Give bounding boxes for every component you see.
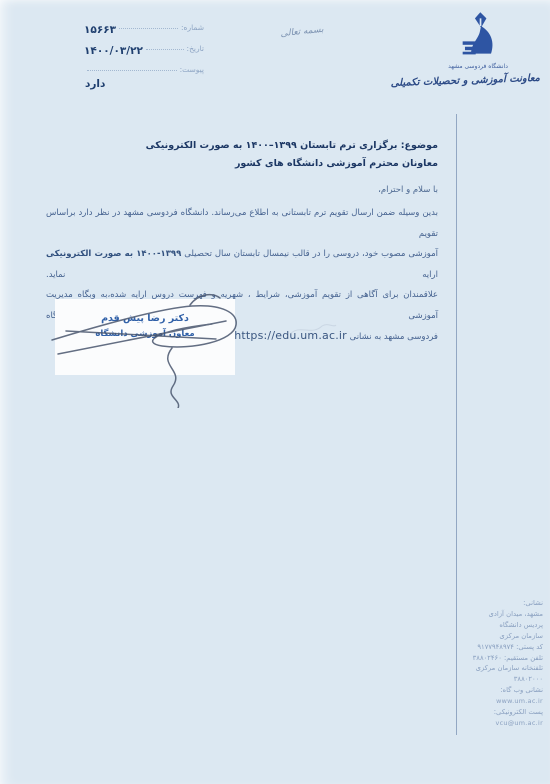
dotted-leader [87, 70, 177, 71]
body-line-2-text: آموزشی مصوب خود، دروسی را در قالب نیمسال… [184, 249, 438, 259]
ref-number-label: شماره: [181, 23, 204, 34]
signature-box: دکتر رضا پیش قدم معاون آموزشی دانشگاه [55, 299, 235, 375]
edu-portal-url: https://edu.um.ac.ir [234, 329, 347, 342]
body-line-2-emphasis: ۱۳۹۹-۱۴۰۰ به صورت الکترونیکی [46, 249, 181, 259]
ref-date-label: تاریخ: [187, 44, 204, 55]
contact-org: سازمان مرکزی [393, 631, 543, 642]
ref-attachment-label: پیوست: [180, 65, 204, 76]
dotted-leader [119, 28, 178, 29]
contact-email-label: پست الکترونیکی: [393, 707, 543, 718]
ref-date-value: ۱۴۰۰/۰۳/۲۲ [84, 45, 143, 57]
signatory-title: معاون آموزشی دانشگاه [55, 329, 235, 339]
subject-line: موضوع: برگزاری ترم تابستان ۱۳۹۹–۱۴۰۰ به … [56, 137, 438, 155]
body-line-2-end: ارایه نماید. [46, 270, 438, 280]
bismillah-calligraphy: بسمه تعالی [252, 22, 352, 42]
reference-block: شماره: ۱۵۶۶۳ تاریخ: ۱۴۰۰/۰۳/۲۲ پیوست: [84, 13, 204, 76]
contact-phone-direct: تلفن مستقیم: ۳۸۸۰۲۴۶۰ [393, 653, 543, 664]
university-logo-icon [416, 10, 540, 62]
ref-row-date: تاریخ: ۱۴۰۰/۰۳/۲۲ [84, 34, 204, 55]
body-line-2: آموزشی مصوب خود، دروسی را در قالب نیمسال… [46, 244, 438, 285]
contact-email-address: vcu@um.ac.ir [393, 718, 543, 729]
scanned-letter-page: شماره: ۱۵۶۶۳ تاریخ: ۱۴۰۰/۰۳/۲۲ پیوست: دا… [0, 0, 550, 784]
contact-website-label: نشانی وب گاه: [393, 685, 543, 696]
contact-postal-code: کد پستی: ۹۱۷۷۹۴۸۹۷۴ [393, 642, 543, 653]
body-line-4-text: فردوسی مشهد به نشانی [350, 332, 438, 342]
contact-block: نشانی: مشهد، میدان آزادی پردیس دانشگاه س… [393, 598, 543, 729]
contact-website-url: www.um.ac.ir [393, 696, 543, 707]
body-line-1: بدین وسیله ضمن ارسال تقویم ترم تابستانی … [46, 203, 438, 244]
salutation: با سلام و احترام، [378, 185, 438, 195]
contact-address-label: نشانی: [393, 598, 543, 609]
subject-block: موضوع: برگزاری ترم تابستان ۱۳۹۹–۱۴۰۰ به … [56, 137, 438, 173]
attachment-status: دارد [85, 78, 105, 90]
ref-row-attachment: پیوست: [84, 55, 204, 76]
dotted-leader [146, 49, 184, 50]
contact-switchboard-label: تلفنخانه سازمان مرکزی [393, 663, 543, 674]
contact-switchboard-number: ۳۸۸۰۲۰۰۰ [393, 674, 543, 685]
ref-number-value: ۱۵۶۶۳ [84, 24, 116, 36]
letterhead-logo-block: دانشگاه فردوسی مشهد معاونت آموزشی و تحصی… [416, 10, 540, 86]
ref-row-number: شماره: ۱۵۶۶۳ [84, 13, 204, 34]
university-name: دانشگاه فردوسی مشهد [416, 63, 540, 70]
addressee-line: معاونان محترم آموزشی دانشگاه های کشور [56, 155, 438, 173]
contact-city: مشهد، میدان آزادی [393, 609, 543, 620]
department-name: معاونت آموزشی و تحصیلات تکمیلی [416, 73, 540, 88]
contact-campus: پردیس دانشگاه [393, 620, 543, 631]
signatory-name: دکتر رضا پیش قدم [55, 313, 235, 324]
